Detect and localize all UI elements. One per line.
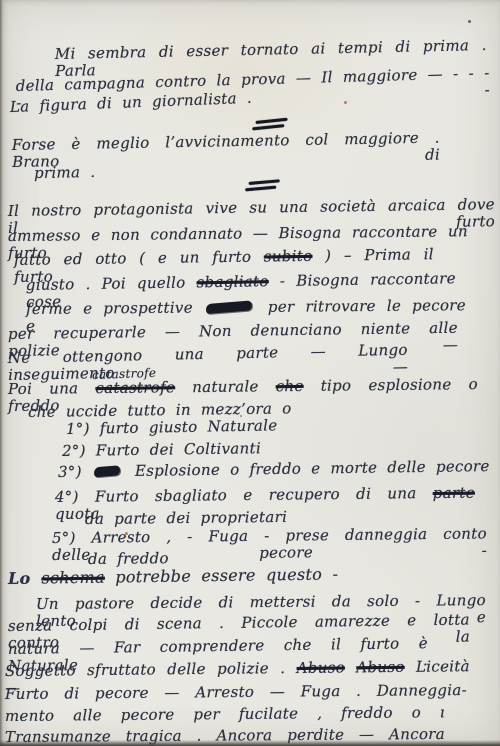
handwriting-text: Furto di pecore — Arresto — Fuga . Danne… xyxy=(5,681,467,703)
handwriting-text: 1°) furto giusto Naturale xyxy=(66,416,278,438)
separator-stroke xyxy=(252,124,284,130)
handwriting-line: da freddo xyxy=(88,550,169,568)
struck-word: schema xyxy=(41,568,105,588)
handwriting-text: naturale xyxy=(175,377,276,396)
separator-stroke xyxy=(249,179,280,185)
handwriting-text: da freddo xyxy=(88,549,169,568)
handwriting-text: da parte dei proprietari xyxy=(85,508,287,528)
handwriting-text: 3°) xyxy=(58,463,92,481)
handwriting-text: potrebbe essere questo - xyxy=(105,564,339,586)
struck-word: parte xyxy=(433,484,475,502)
handwriting-line: 3°) Esplosione o freddo e morte delle pe… xyxy=(58,458,500,481)
handwriting-line: da parte dei proprietari xyxy=(85,509,287,528)
ink-scribble xyxy=(206,300,253,314)
separator-mark xyxy=(256,118,289,130)
struck-word: subito xyxy=(264,247,313,266)
struck-word: sbagliato xyxy=(196,272,268,291)
handwriting-line: Lo schema potrebbe essere questo - xyxy=(8,565,338,587)
handwriting-text: Poi una xyxy=(8,379,96,398)
handwriting-line: 1°) furto giusto Naturale xyxy=(66,417,278,438)
handwriting-text: Lo xyxy=(8,569,42,588)
struck-word: Abuso xyxy=(297,658,346,677)
handwriting-line: prima . xyxy=(34,164,96,182)
scan-edge-left xyxy=(0,0,3,746)
ink-scribble xyxy=(93,465,120,477)
separator-mark xyxy=(249,179,281,191)
paper-speck xyxy=(468,20,471,23)
handwriting-text: 2°) Furto dei Coltivanti xyxy=(62,439,261,460)
handwriting-line: Furto di pecore — Arresto — Fuga . Danne… xyxy=(5,682,467,703)
scan-edge-bottom xyxy=(0,740,500,746)
handwriting-text xyxy=(345,658,357,676)
handwriting-text: Soggetto sfruttato delle polizie . xyxy=(5,659,297,680)
handwriting-text: giusto . Poi quello xyxy=(26,273,197,294)
struck-word: che xyxy=(276,377,304,395)
handwriting-line: mento alle pecore per fucilate , freddo … xyxy=(5,704,445,725)
handwriting-text: Esplosione o freddo e morte delle pecore… xyxy=(125,457,500,480)
handwriting-text: 4°) Furto sbagliato e recupero di una xyxy=(55,484,433,506)
manuscript-page: Mi sembra di esser tornato ai tempi di p… xyxy=(0,0,500,746)
handwriting-text: mento alle pecore per fucilate , freddo … xyxy=(5,703,445,725)
struck-word: catastrofe xyxy=(95,378,175,397)
struck-word: Abuso xyxy=(356,658,405,677)
handwriting-text: ferme e prospettive xyxy=(26,298,204,318)
handwriting-line: 2°) Furto dei Coltivanti xyxy=(62,440,261,460)
handwriting-text: prima . xyxy=(34,163,96,182)
handwriting-text: fatto ed otto ( e un furto xyxy=(14,248,264,269)
separator-stroke xyxy=(256,118,288,124)
separator-stroke xyxy=(245,186,276,192)
